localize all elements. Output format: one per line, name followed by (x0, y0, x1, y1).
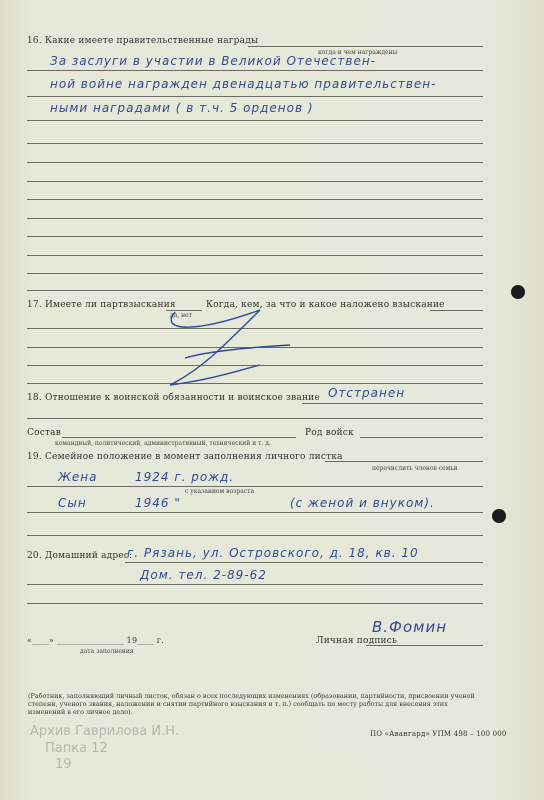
punch-hole (492, 509, 506, 523)
archive-note-3: 19 (55, 757, 72, 772)
rule (27, 143, 483, 144)
rule (27, 418, 483, 419)
rule (366, 645, 483, 646)
home-phone: Дом. тел. 2-89-62 (140, 568, 267, 582)
section16-answer-1: За заслуги в участии в Великой Отечестве… (50, 54, 376, 68)
sostav-hint: командный, политический, административны… (55, 440, 271, 447)
rule (27, 120, 483, 121)
rule (27, 486, 483, 487)
section18-answer: Отстранен (328, 386, 405, 400)
rule (27, 255, 483, 256)
rule (27, 181, 483, 182)
signature: В.Фомин (372, 618, 447, 636)
date-hint: дата заполнения (80, 648, 134, 655)
rule (430, 310, 483, 311)
strike-through-mark (150, 290, 290, 390)
rule (27, 273, 483, 274)
family-member-who: Жена (58, 470, 98, 484)
section16-answer-3: ными наградами ( в т.ч. 5 орденов ) (50, 101, 314, 115)
family-member-year: 1924 г. рожд. (135, 470, 234, 484)
family-member-year: 1946 " (135, 496, 181, 510)
rule (27, 512, 483, 513)
form-page: 16. Какие имеете правительственные награ… (0, 0, 544, 800)
section19-label: 19. Семейное положение в момент заполнен… (27, 452, 343, 462)
section19-hint1: перечислить членов семьи (372, 465, 458, 472)
section20-label: 20. Домашний адрес: (27, 551, 132, 561)
rule (27, 96, 483, 97)
section16-answer-2: ной войне награжден двенадцатью правител… (50, 77, 436, 91)
rule (360, 437, 483, 438)
footnote: (Работник, заполняющий личный листок, об… (28, 692, 484, 716)
rule (27, 199, 483, 200)
rule (27, 236, 483, 237)
family-member-who: Сын (58, 496, 87, 510)
section19-hint2: с указанием возраста (185, 488, 254, 495)
date-field: «____» ________________ 19____ г. (27, 636, 164, 645)
rule (27, 535, 483, 536)
rule (27, 218, 483, 219)
rule (248, 46, 483, 47)
archive-note-2: Папка 12 (45, 741, 108, 756)
archive-note-1: Архив Гаврилова И.Н. (30, 724, 179, 739)
rule (302, 403, 483, 404)
rule (27, 162, 483, 163)
printer-imprint: ПО «Авангард» УПМ 498 – 100 000 (370, 730, 507, 738)
section18-label: 18. Отношение к воинской обязанности и в… (27, 393, 320, 403)
home-address: г. Рязань, ул. Островского, д. 18, кв. 1… (127, 546, 419, 560)
rod-voysk-label: Род войск (305, 428, 354, 438)
rule (325, 461, 483, 462)
rule (125, 562, 483, 563)
punch-hole (511, 285, 525, 299)
family-member-note: (с женой и внуком). (290, 496, 435, 510)
rule (27, 603, 483, 604)
sostav-label: Состав (27, 428, 61, 438)
rule (62, 437, 296, 438)
section16-label: 16. Какие имеете правительственные награ… (27, 36, 258, 46)
rule (27, 70, 483, 71)
rule (27, 584, 483, 585)
